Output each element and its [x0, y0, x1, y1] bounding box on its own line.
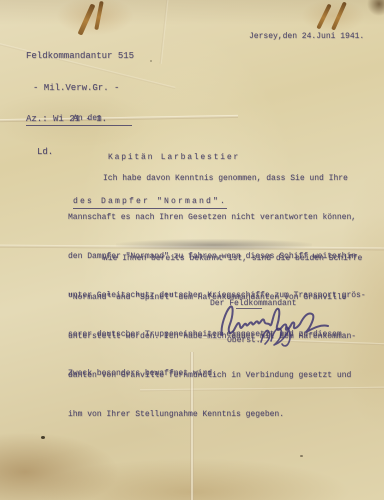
- fold-crease: [160, 0, 169, 64]
- body-line: Ich habe davon Kenntnis genommen, dass S…: [68, 172, 368, 185]
- rust-staple-mark-icon: [331, 1, 347, 30]
- ink-speck: [41, 436, 45, 439]
- body-line: danten von Granville fernmündlich in Ver…: [68, 369, 368, 382]
- ink-speck: [300, 455, 303, 457]
- body-line: ihm von Ihrer Stellungnahme Kenntnis geg…: [68, 408, 368, 421]
- sender-unit: Feldkommandantur 515: [26, 51, 134, 62]
- closing-rank: Oberst.: [227, 334, 261, 347]
- rust-staple-mark-icon: [316, 3, 331, 29]
- rust-staple-mark-icon: [94, 1, 103, 30]
- scanned-letter-photo: Feldkommandantur 515 - Mil.Verw.Gr. - Az…: [0, 0, 384, 500]
- ink-speck: [150, 60, 152, 62]
- handwritten-initials: [258, 324, 296, 347]
- recipient-salutation: An den: [73, 112, 240, 125]
- dateline: Jersey,den 24.Juni 1941.: [249, 30, 364, 43]
- body-line: Wie Ihnen bereits bekannt ist, sind die …: [68, 252, 368, 265]
- letter-paper: Feldkommandantur 515 - Mil.Verw.Gr. - Az…: [0, 0, 384, 500]
- body-line: Mannschaft es nach Ihren Gesetzen nicht …: [68, 211, 368, 224]
